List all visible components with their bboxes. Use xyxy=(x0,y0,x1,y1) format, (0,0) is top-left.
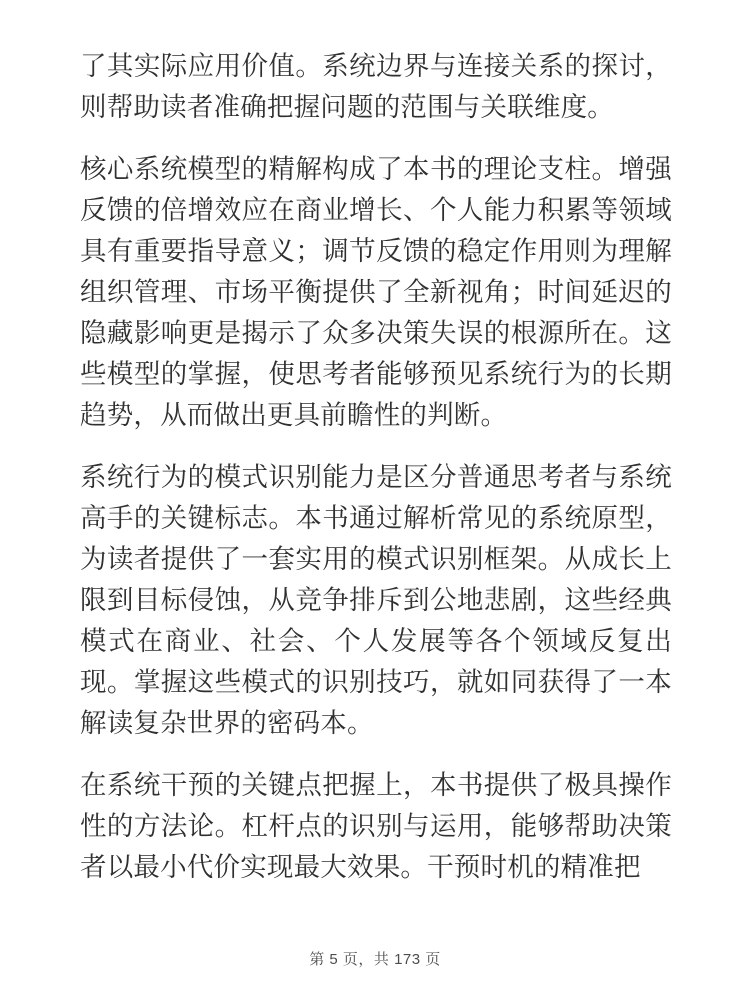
document-page: 了其实际应用价值。系统边界与连接关系的探讨，则帮助读者准确把握问题的范围与关联维… xyxy=(0,0,750,1000)
paragraph: 在系统干预的关键点把握上，本书提供了极具操作性的方法论。杠杆点的识别与运用，能够… xyxy=(80,765,672,888)
page-content: 了其实际应用价值。系统边界与连接关系的探讨，则帮助读者准确把握问题的范围与关联维… xyxy=(0,0,750,888)
paragraph: 核心系统模型的精解构成了本书的理论支柱。增强反馈的倍增效应在商业增长、个人能力积… xyxy=(80,149,672,436)
paragraph: 了其实际应用价值。系统边界与连接关系的探讨，则帮助读者准确把握问题的范围与关联维… xyxy=(80,46,672,128)
paragraph: 系统行为的模式识别能力是区分普通思考者与系统高手的关键标志。本书通过解析常见的系… xyxy=(80,457,672,744)
page-number: 第 5 页，共 173 页 xyxy=(0,948,750,969)
